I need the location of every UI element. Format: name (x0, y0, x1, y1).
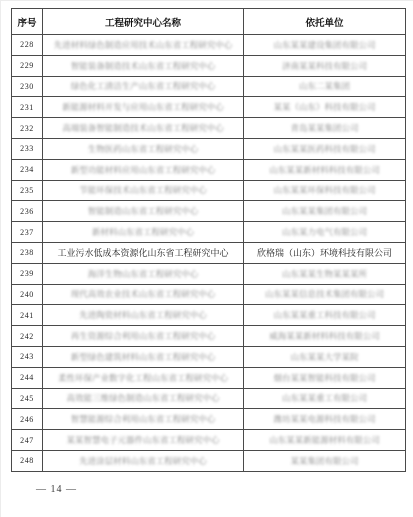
row-number-cell: 228 (12, 35, 43, 56)
supporting-unit-cell: 山东某某集团有限公司 (244, 201, 406, 222)
supporting-unit-cell-text: 山东某某建设集团有限公司 (273, 39, 375, 51)
supporting-unit-cell: 欣格瑞（山东）环境科技有限公司 (244, 242, 406, 263)
supporting-unit-cell: 山东某某医药科技有限公司 (244, 138, 406, 159)
row-number-cell: 244 (12, 367, 43, 388)
center-name-cell: 智能装备制造技术山东省工程研究中心 (43, 55, 244, 76)
center-name-cell-text: 现代高效农业技术山东省工程研究中心 (71, 288, 216, 300)
center-name-cell: 海洋生物山东省工程研究中心 (43, 263, 244, 284)
center-name-cell-text: 高效能三维绿色制造山东省工程研究中心 (66, 392, 219, 404)
supporting-unit-cell-text: 济南某某科技有限公司 (282, 60, 367, 72)
center-name-cell: 再生资源综合利用山东省工程研究中心 (43, 326, 244, 347)
row-number-cell-text: 242 (20, 332, 34, 341)
table-row: 239海洋生物山东省工程研究中心山东某某生物某某某所 (12, 263, 406, 284)
table-body: 228先进材料绿色制造应用技术山东省工程研究中心山东某某建设集团有限公司229智… (12, 35, 406, 472)
supporting-unit-cell-text: 山东某力电气有限公司 (282, 226, 367, 238)
supporting-unit-cell-text: 山东某某重工有限公司 (282, 392, 367, 404)
center-name-cell-text: 某某智慧电子元器件山东省工程研究中心 (66, 434, 219, 446)
table-row: 233生物医药山东省工程研究中心山东某某医药科技有限公司 (12, 138, 406, 159)
table-row: 235节能环保技术山东省工程研究中心山东某某环保科技有限公司 (12, 180, 406, 201)
center-name-cell: 新材料山东省工程研究中心 (43, 222, 244, 243)
center-name-cell: 工业污水低成本资源化山东省工程研究中心 (43, 242, 244, 263)
center-name-cell-text: 节能环保技术山东省工程研究中心 (79, 184, 207, 196)
center-name-cell: 节能环保技术山东省工程研究中心 (43, 180, 244, 201)
center-name-cell: 生物医药山东省工程研究中心 (43, 138, 244, 159)
center-name-cell-text: 高端装备智能制造技术山东省工程研究中心 (62, 122, 224, 134)
row-number-cell: 237 (12, 222, 43, 243)
research-centers-table: 序号 工程研究中心名称 依托单位 228先进材料绿色制造应用技术山东省工程研究中… (11, 8, 406, 472)
row-number-cell-text: 233 (20, 144, 34, 153)
row-number-cell-text: 235 (20, 186, 34, 195)
center-name-cell: 新型绿色建筑材料山东省工程研究中心 (43, 346, 244, 367)
center-name-cell: 现代高效农业技术山东省工程研究中心 (43, 284, 244, 305)
center-name-cell: 某某智慧电子元器件山东省工程研究中心 (43, 430, 244, 451)
center-name-cell-text: 智能装备制造技术山东省工程研究中心 (71, 60, 216, 72)
table-row: 247某某智慧电子元器件山东省工程研究中心山东某某新能源材料有限公司 (12, 430, 406, 451)
center-name-cell-text: 智慧能源综合利用山东省工程研究中心 (71, 413, 216, 425)
table-header-row: 序号 工程研究中心名称 依托单位 (12, 9, 406, 35)
center-name-cell: 高端装备智能制造技术山东省工程研究中心 (43, 118, 244, 139)
supporting-unit-cell: 山东某某重工有限公司 (244, 388, 406, 409)
supporting-unit-cell: 山东某某建设集团有限公司 (244, 35, 406, 56)
table-row: 240现代高效农业技术山东省工程研究中心山东某某信息技术集团有限公司 (12, 284, 406, 305)
supporting-unit-cell-text: 山东某某新能源材料有限公司 (269, 434, 380, 446)
column-header-center-name: 工程研究中心名称 (43, 9, 244, 35)
row-number-cell-text: 241 (20, 311, 34, 320)
supporting-unit-cell-text: 某某（山东）科技有限公司 (273, 101, 375, 113)
row-number-cell: 236 (12, 201, 43, 222)
row-number-cell: 235 (12, 180, 43, 201)
table-row: 229智能装备制造技术山东省工程研究中心济南某某科技有限公司 (12, 55, 406, 76)
supporting-unit-cell-text: 欣格瑞（山东）环境科技有限公司 (257, 246, 392, 259)
row-number-cell: 242 (12, 326, 43, 347)
center-name-cell: 高效能三维绿色制造山东省工程研究中心 (43, 388, 244, 409)
row-number-cell: 241 (12, 305, 43, 326)
column-header-number: 序号 (12, 9, 43, 35)
center-name-cell: 先进涂层材料山东省工程研究中心 (43, 450, 244, 471)
center-name-cell-text: 先进材料绿色制造应用技术山东省工程研究中心 (54, 39, 233, 51)
supporting-unit-cell: 山东某某新能源材料有限公司 (244, 430, 406, 451)
supporting-unit-cell-text: 山东某某大学某院 (290, 351, 358, 363)
row-number-cell-text: 234 (20, 165, 34, 174)
supporting-unit-cell-text: 烟台某某智能科技有限公司 (273, 372, 375, 384)
row-number-cell-text: 244 (20, 373, 34, 382)
table-row: 242再生资源综合利用山东省工程研究中心威海某某新材料科技有限公司 (12, 326, 406, 347)
supporting-unit-cell: 山东某力电气有限公司 (244, 222, 406, 243)
page-number: — 14 — (36, 484, 77, 495)
row-number-cell-text: 230 (20, 82, 34, 91)
row-number-cell-text: 239 (20, 269, 34, 278)
center-name-cell-text: 先进涂层材料山东省工程研究中心 (79, 455, 207, 467)
supporting-unit-cell-text: 潍坊某某电源科技有限公司 (273, 413, 375, 425)
document-page: 序号 工程研究中心名称 依托单位 228先进材料绿色制造应用技术山东省工程研究中… (0, 0, 413, 517)
row-number-cell: 240 (12, 284, 43, 305)
supporting-unit-cell-text: 山东某某集团有限公司 (282, 205, 367, 217)
row-number-cell: 247 (12, 430, 43, 451)
table-row: 246智慧能源综合利用山东省工程研究中心潍坊某某电源科技有限公司 (12, 409, 406, 430)
row-number-cell: 230 (12, 76, 43, 97)
row-number-cell-text: 231 (20, 103, 34, 112)
center-name-cell-text: 海洋生物山东省工程研究中心 (88, 268, 199, 280)
row-number-cell: 234 (12, 159, 43, 180)
center-name-cell: 新能源材料开发与应用山东省工程研究中心 (43, 97, 244, 118)
supporting-unit-cell-text: 山东某某新材料科技有限公司 (269, 164, 380, 176)
supporting-unit-cell-text: 青岛某某集团公司 (290, 122, 358, 134)
supporting-unit-cell: 济南某某科技有限公司 (244, 55, 406, 76)
row-number-cell: 238 (12, 242, 43, 263)
row-number-cell-text: 245 (20, 394, 34, 403)
row-number-cell-text: 240 (20, 290, 34, 299)
supporting-unit-cell: 青岛某某集团公司 (244, 118, 406, 139)
row-number-cell: 248 (12, 450, 43, 471)
supporting-unit-cell-text: 山东某某生物某某某所 (282, 268, 367, 280)
supporting-unit-cell: 威海某某新材料科技有限公司 (244, 326, 406, 347)
supporting-unit-cell: 烟台某某智能科技有限公司 (244, 367, 406, 388)
supporting-unit-cell: 山东某某重工科技有限公司 (244, 305, 406, 326)
row-number-cell-text: 243 (20, 352, 34, 361)
table-row: 237新材料山东省工程研究中心山东某力电气有限公司 (12, 222, 406, 243)
center-name-cell: 先进材料绿色制造应用技术山东省工程研究中心 (43, 35, 244, 56)
row-number-cell-text: 248 (20, 456, 34, 465)
center-name-cell: 智能制造山东省工程研究中心 (43, 201, 244, 222)
row-number-cell-text: 247 (20, 436, 34, 445)
row-number-cell: 246 (12, 409, 43, 430)
row-number-cell-text: 228 (20, 40, 34, 49)
table-row: 230绿色化工清洁生产山东省工程研究中心山东二某集团 (12, 76, 406, 97)
row-number-cell-text: 237 (20, 228, 34, 237)
table-row: 232高端装备智能制造技术山东省工程研究中心青岛某某集团公司 (12, 118, 406, 139)
center-name-cell-text: 新型功能材料应用山东省工程研究中心 (71, 164, 216, 176)
supporting-unit-cell: 山东某某生物某某某所 (244, 263, 406, 284)
supporting-unit-cell: 山东某某信息技术集团有限公司 (244, 284, 406, 305)
center-name-cell: 智慧能源综合利用山东省工程研究中心 (43, 409, 244, 430)
row-number-cell: 229 (12, 55, 43, 76)
center-name-cell-text: 智能制造山东省工程研究中心 (88, 205, 199, 217)
supporting-unit-cell-text: 某某集团有限公司 (290, 455, 358, 467)
row-number-cell: 233 (12, 138, 43, 159)
row-number-cell: 231 (12, 97, 43, 118)
center-name-cell-text: 柔性环保产业数字化工程山东省工程研究中心 (58, 372, 228, 384)
center-name-cell: 新型功能材料应用山东省工程研究中心 (43, 159, 244, 180)
table-row: 248先进涂层材料山东省工程研究中心某某集团有限公司 (12, 450, 406, 471)
center-name-cell: 绿色化工清洁生产山东省工程研究中心 (43, 76, 244, 97)
supporting-unit-cell-text: 威海某某新材料科技有限公司 (269, 330, 380, 342)
row-number-cell: 232 (12, 118, 43, 139)
table-row: 243新型绿色建筑材料山东省工程研究中心山东某某大学某院 (12, 346, 406, 367)
supporting-unit-cell-text: 山东二某集团 (299, 80, 350, 92)
table-row: 236智能制造山东省工程研究中心山东某某集团有限公司 (12, 201, 406, 222)
table-row: 238工业污水低成本资源化山东省工程研究中心欣格瑞（山东）环境科技有限公司 (12, 242, 406, 263)
row-number-cell-text: 246 (20, 415, 34, 424)
center-name-cell-text: 再生资源综合利用山东省工程研究中心 (71, 330, 216, 342)
supporting-unit-cell: 山东某某环保科技有限公司 (244, 180, 406, 201)
supporting-unit-cell: 某某集团有限公司 (244, 450, 406, 471)
center-name-cell-text: 先进陶瓷材料山东省工程研究中心 (79, 309, 207, 321)
supporting-unit-cell: 山东某某大学某院 (244, 346, 406, 367)
center-name-cell: 柔性环保产业数字化工程山东省工程研究中心 (43, 367, 244, 388)
table-row: 234新型功能材料应用山东省工程研究中心山东某某新材料科技有限公司 (12, 159, 406, 180)
row-number-cell-text: 229 (20, 61, 34, 70)
center-name-cell-text: 工业污水低成本资源化山东省工程研究中心 (57, 246, 228, 259)
center-name-cell-text: 生物医药山东省工程研究中心 (88, 143, 199, 155)
column-header-unit: 依托单位 (244, 9, 406, 35)
row-number-cell-text: 236 (20, 207, 34, 216)
table-row: 244柔性环保产业数字化工程山东省工程研究中心烟台某某智能科技有限公司 (12, 367, 406, 388)
supporting-unit-cell: 山东二某集团 (244, 76, 406, 97)
table-row: 231新能源材料开发与应用山东省工程研究中心某某（山东）科技有限公司 (12, 97, 406, 118)
row-number-cell-text: 238 (20, 248, 34, 257)
supporting-unit-cell: 某某（山东）科技有限公司 (244, 97, 406, 118)
center-name-cell-text: 新型绿色建筑材料山东省工程研究中心 (71, 351, 216, 363)
supporting-unit-cell: 山东某某新材料科技有限公司 (244, 159, 406, 180)
table-row: 241先进陶瓷材料山东省工程研究中心山东某某重工科技有限公司 (12, 305, 406, 326)
table-row: 245高效能三维绿色制造山东省工程研究中心山东某某重工有限公司 (12, 388, 406, 409)
row-number-cell: 239 (12, 263, 43, 284)
center-name-cell-text: 新能源材料开发与应用山东省工程研究中心 (62, 101, 224, 113)
row-number-cell: 243 (12, 346, 43, 367)
supporting-unit-cell-text: 山东某某环保科技有限公司 (273, 184, 375, 196)
supporting-unit-cell: 潍坊某某电源科技有限公司 (244, 409, 406, 430)
table-row: 228先进材料绿色制造应用技术山东省工程研究中心山东某某建设集团有限公司 (12, 35, 406, 56)
row-number-cell: 245 (12, 388, 43, 409)
center-name-cell-text: 绿色化工清洁生产山东省工程研究中心 (71, 80, 216, 92)
supporting-unit-cell-text: 山东某某重工科技有限公司 (273, 309, 375, 321)
center-name-cell-text: 新材料山东省工程研究中心 (92, 226, 194, 238)
supporting-unit-cell-text: 山东某某信息技术集团有限公司 (265, 288, 384, 300)
center-name-cell: 先进陶瓷材料山东省工程研究中心 (43, 305, 244, 326)
supporting-unit-cell-text: 山东某某医药科技有限公司 (273, 143, 375, 155)
row-number-cell-text: 232 (20, 124, 34, 133)
